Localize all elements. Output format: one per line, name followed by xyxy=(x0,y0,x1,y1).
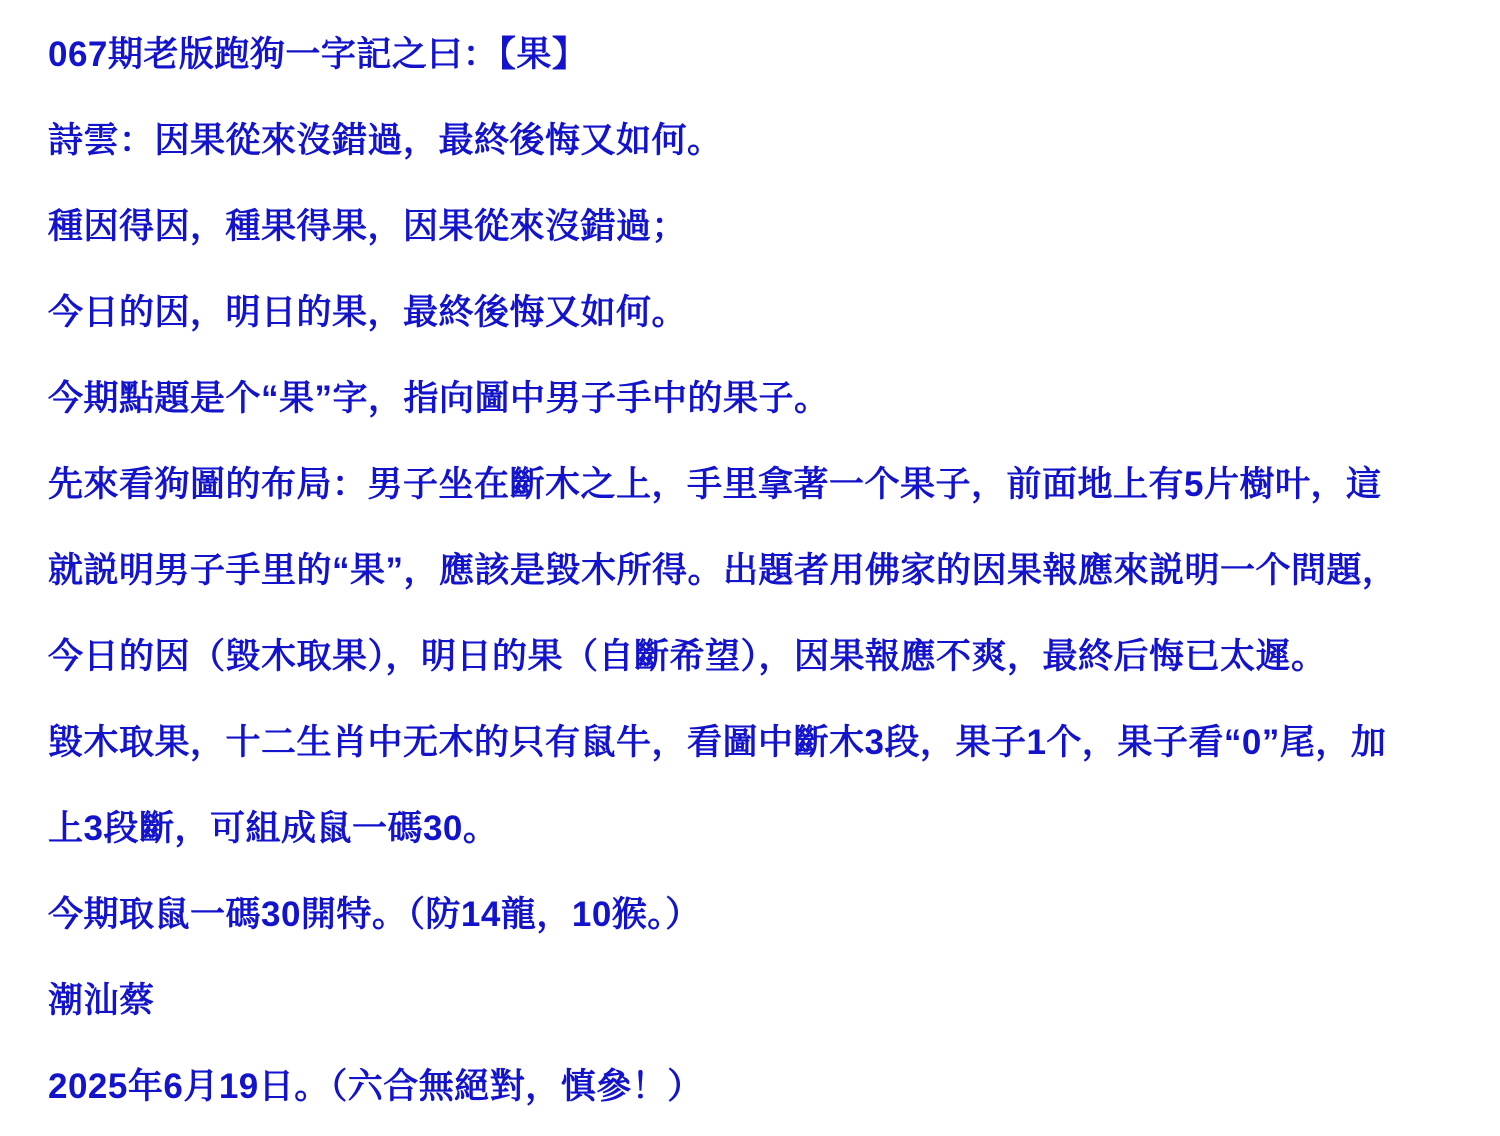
author-line: 潮汕蔡 xyxy=(48,958,1480,1044)
body-line: 毀木取果，十二生肖中无木的只有鼠牛，看圖中斷木3段，果子1个，果子看“0”尾，加 xyxy=(48,700,1480,786)
body-line: 今日的因（毀木取果），明日的果（自斷希望），因果報應不爽，最終后悔已太遲。 xyxy=(48,614,1480,700)
title-line: 067期老版跑狗一字記之曰：【果】 xyxy=(48,12,1480,98)
prediction-line: 今期取鼠一碼30開特。（防14龍，10猴。） xyxy=(48,872,1480,958)
body-line: 今期點題是个“果”字，指向圖中男子手中的果子。 xyxy=(48,356,1480,442)
body-line: 先來看狗圖的布局：男子坐在斷木之上，手里拿著一个果子，前面地上有5片樹叶，這 xyxy=(48,442,1480,528)
poem-line: 種因得因，種果得果，因果從來沒錯過； xyxy=(48,184,1480,270)
body-line: 上3段斷，可組成鼠一碼30。 xyxy=(48,786,1480,872)
poem-line: 今日的因，明日的果，最終後悔又如何。 xyxy=(48,270,1480,356)
body-line: 就説明男子手里的“果”，應該是毀木所得。出題者用佛家的因果報應來説明一个問題， xyxy=(48,528,1480,614)
date-line: 2025年6月19日。（六合無絕對，慎參！） xyxy=(48,1044,1480,1130)
poem-line: 詩雲：因果從來沒錯過，最終後悔又如何。 xyxy=(48,98,1480,184)
tip-sheet-document: 067期老版跑狗一字記之曰：【果】 詩雲：因果從來沒錯過，最終後悔又如何。 種因… xyxy=(0,0,1500,1136)
